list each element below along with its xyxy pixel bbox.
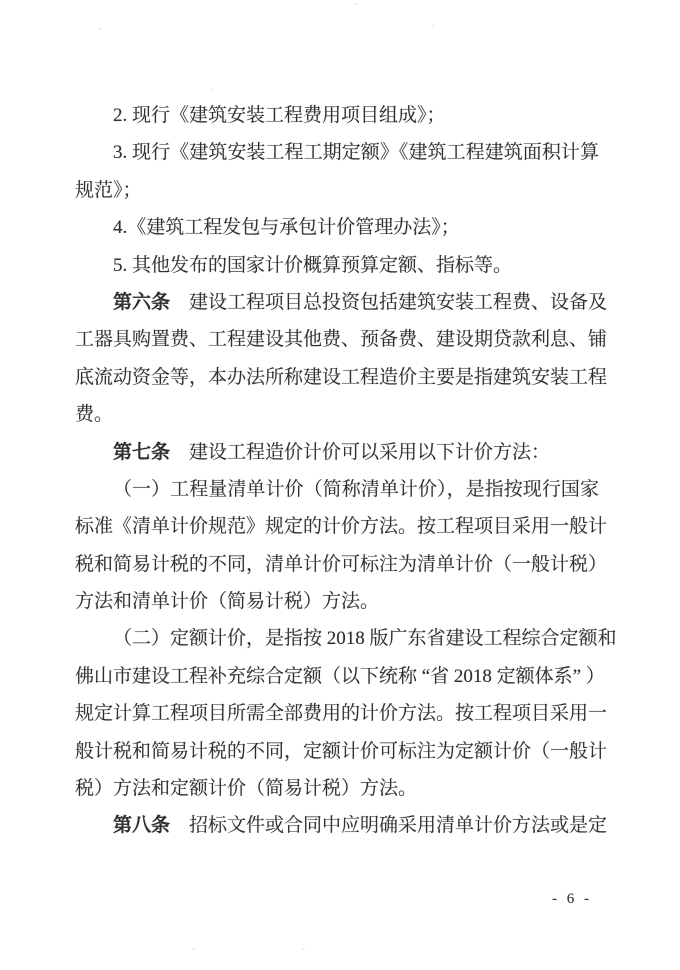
text-line: （一）工程量清单计价（简称清单计价），是指按现行国家 — [75, 471, 599, 508]
text-line: 第七条 建设工程造价计价可以采用以下计价方法： — [75, 434, 599, 471]
scan-speck — [212, 88, 214, 90]
article-number-label: 第八条 — [113, 815, 170, 836]
text-line: 规范》； — [75, 172, 599, 209]
scan-speck — [355, 3, 358, 5]
scan-speck — [302, 948, 305, 950]
text-line: 费。 — [75, 396, 599, 433]
text-line: 税）方法和定额计价（简易计税）方法。 — [75, 770, 599, 807]
text-line: 4.《建筑工程发包与承包计价管理办法》； — [75, 209, 599, 246]
text-line: 般计税和简易计税的不同，定额计价可标注为定额计价（一般计 — [75, 733, 599, 770]
document-body-text: 2. 现行《建筑安装工程费用项目组成》； 3. 现行《建筑安装工程工期定额》《建… — [75, 97, 599, 845]
text-line: 税和简易计税的不同，清单计价可标注为清单计价（一般计税） — [75, 546, 599, 583]
text-span: 建设工程项目总投资包括建筑安装工程费、设备及 — [170, 292, 607, 313]
text-line: 第六条 建设工程项目总投资包括建筑安装工程费、设备及 — [75, 284, 599, 321]
text-line: 标准《清单计价规范》规定的计价方法。按工程项目采用一般计 — [75, 508, 599, 545]
scan-speck — [98, 28, 101, 30]
scanned-document-page: { "page": { "background": "#ffffff", "te… — [0, 0, 680, 970]
text-line: 2. 现行《建筑安装工程费用项目组成》； — [75, 97, 599, 134]
article-number-label: 第六条 — [113, 292, 170, 313]
page-number: - 6 - — [552, 891, 592, 908]
text-line: （二）定额计价，是指按 2018 版广东省建设工程综合定额和 — [75, 620, 599, 657]
text-line: 方法和清单计价（简易计税）方法。 — [75, 583, 599, 620]
text-line: 规定计算工程项目所需全部费用的计价方法。按工程项目采用一 — [75, 695, 599, 732]
text-line: 5. 其他发布的国家计价概算预算定额、指标等。 — [75, 247, 599, 284]
text-span: 建设工程造价计价可以采用以下计价方法： — [170, 442, 550, 463]
text-line: 第八条 招标文件或合同中应明确采用清单计价方法或是定 — [75, 807, 599, 844]
scan-speck — [192, 948, 195, 950]
scan-speck — [432, 25, 434, 27]
text-line: 底流动资金等，本办法所称建设工程造价主要是指建筑安装工程 — [75, 359, 599, 396]
text-line: 佛山市建设工程补充综合定额（以下统称 “省 2018 定额体系” ） — [75, 658, 599, 695]
article-number-label: 第七条 — [113, 442, 170, 463]
text-line: 3. 现行《建筑安装工程工期定额》《建筑工程建筑面积计算 — [75, 134, 599, 171]
text-line: 工器具购置费、工程建设其他费、预备费、建设期贷款利息、铺 — [75, 321, 599, 358]
text-span: 招标文件或合同中应明确采用清单计价方法或是定 — [170, 815, 607, 836]
